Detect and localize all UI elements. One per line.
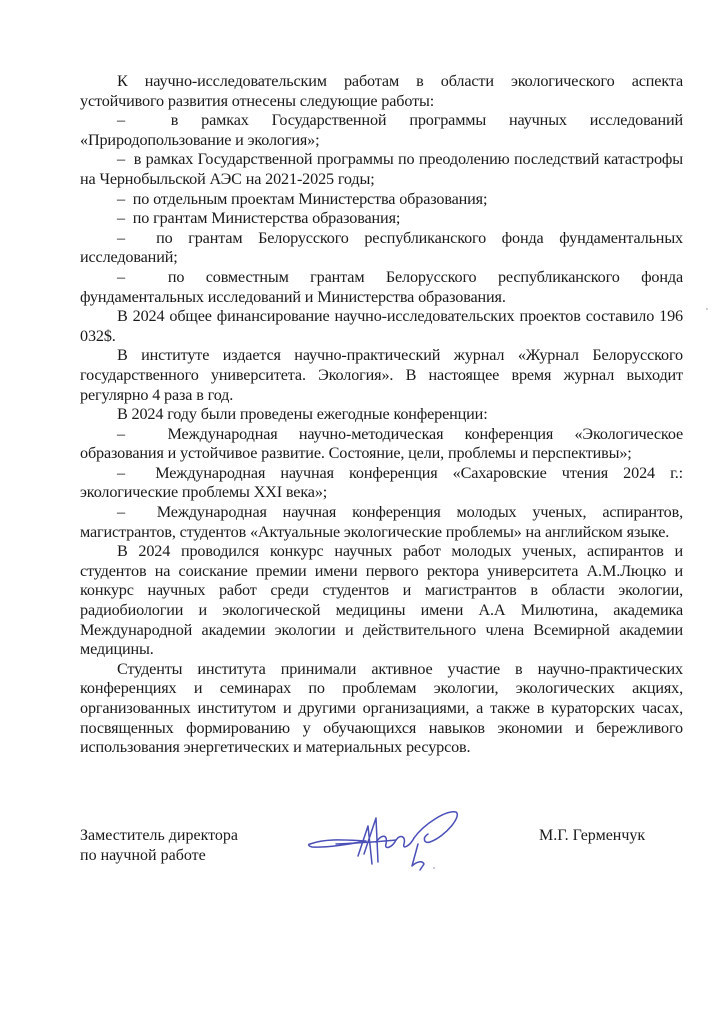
list-item-conference-young-scientists: Международная научная конференция молоды… [80, 503, 683, 542]
paragraph-journal: В институте издается научно-практический… [80, 346, 683, 405]
signature-block: Заместитель директора по научной работе … [80, 826, 683, 886]
document-body: К научно-исследовательским работам в обл… [80, 72, 683, 758]
list-item-state-program-nature: в рамках Государственной программы научн… [80, 111, 683, 150]
list-item-state-program-chernobyl: в рамках Государственной программы по пр… [80, 150, 683, 189]
signer-position: Заместитель директора по научной работе [80, 826, 238, 865]
signer-position-line2: по научной работе [80, 846, 238, 866]
list-item-ministry-projects: по отдельным проектам Министерства образ… [80, 190, 683, 210]
paragraph-funding: В 2024 общее финансирование научно-иссле… [80, 307, 683, 346]
list-item-conference-sakharov: Международная научная конференция «Сахар… [80, 464, 683, 503]
list-item-brffi-grants: по грантам Белорусского республиканского… [80, 229, 683, 268]
paragraph-intro: К научно-исследовательским работам в обл… [80, 72, 683, 111]
paragraph-students: Студенты института принимали активное уч… [80, 660, 683, 758]
paragraph-competition: В 2024 проводился конкурс научных работ … [80, 542, 683, 660]
list-item-ministry-grants: по грантам Министерства образования; [80, 209, 683, 229]
scan-speck [706, 308, 708, 310]
signer-position-line1: Заместитель директора [80, 826, 238, 846]
signer-name: М.Г. Герменчук [539, 826, 645, 846]
list-item-conference-education: Международная научно-методическая конфер… [80, 425, 683, 464]
paragraph-conferences-intro: В 2024 году были проведены ежегодные кон… [80, 405, 683, 425]
handwritten-signature-icon [306, 804, 476, 882]
list-item-joint-grants: по совместным грантам Белорусского респу… [80, 268, 683, 307]
